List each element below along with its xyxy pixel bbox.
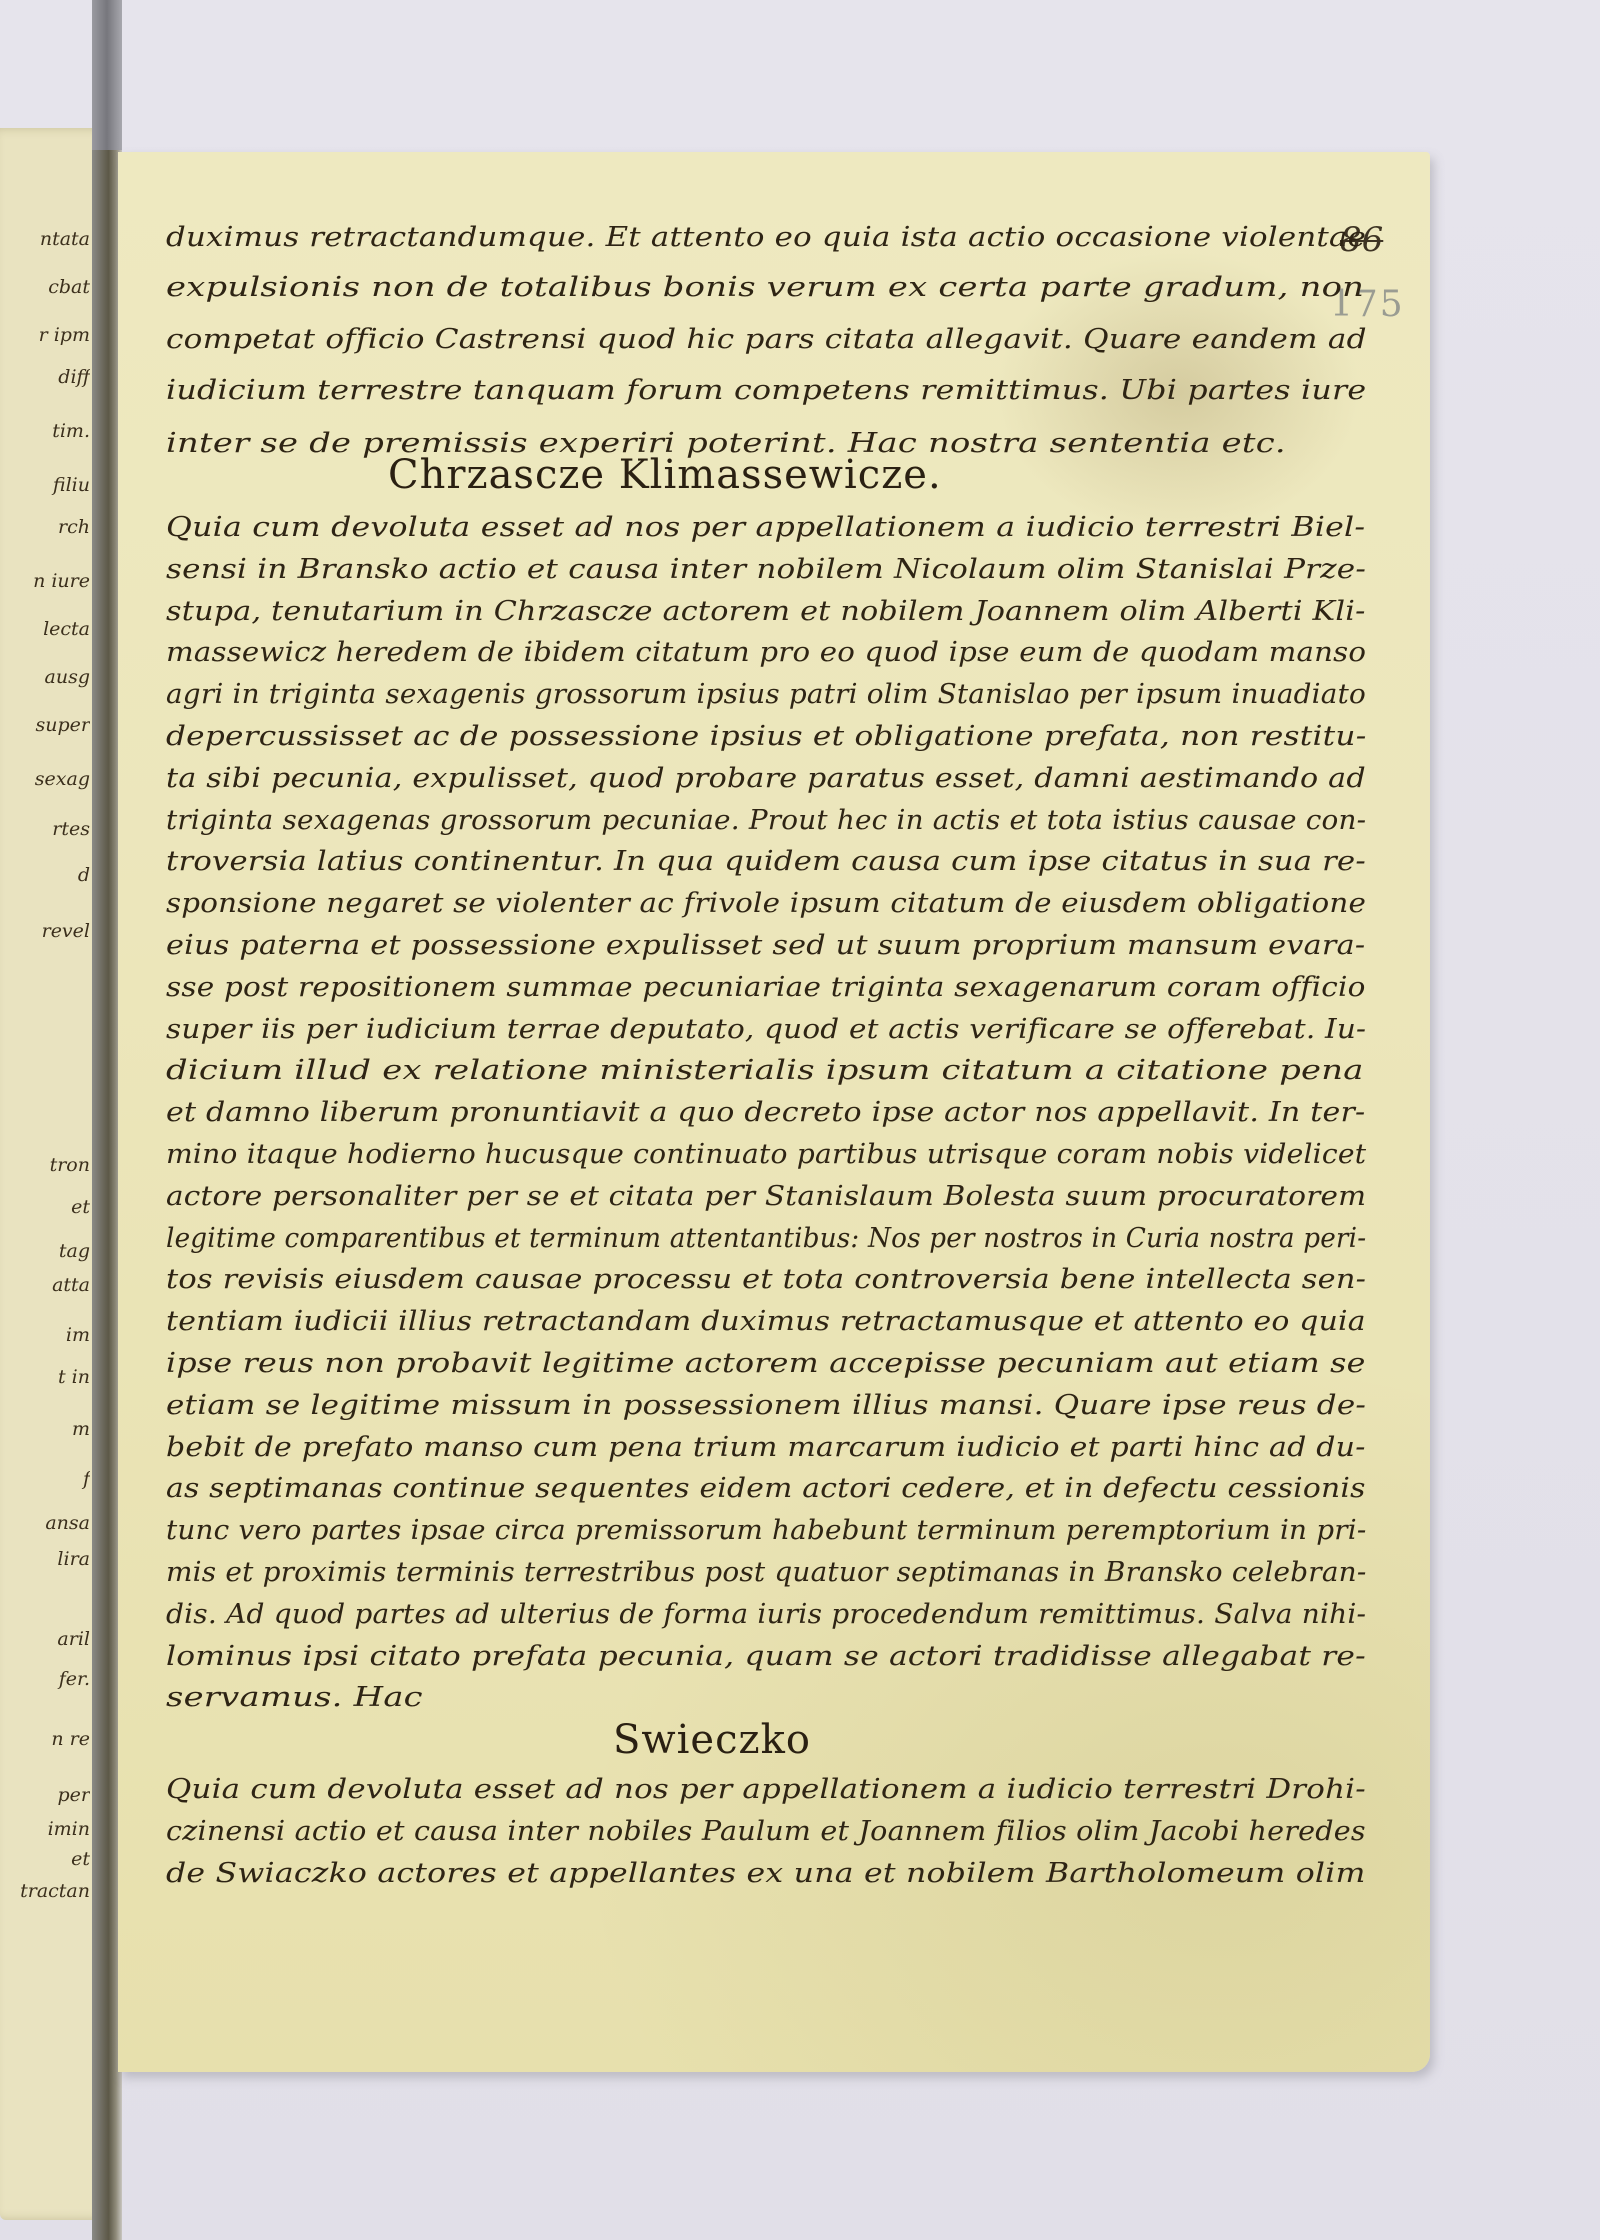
margin-fragment: lira <box>2 1548 90 1570</box>
text-line: legitime comparentibus et terminum atten… <box>166 1223 1366 1254</box>
text-line: sensi in Bransko actio et causa inter no… <box>166 554 1366 585</box>
margin-fragment: m <box>2 1418 90 1440</box>
margin-fragment: sexag <box>2 768 90 790</box>
text-line: servamus. Hac <box>166 1682 423 1713</box>
text-line: competat officio Castrensi quod hic pars… <box>166 324 1367 355</box>
text-line: ipse reus non probavit legitime actorem … <box>166 1348 1366 1379</box>
text-line: sse post repositionem summae pecuniariae… <box>166 972 1366 1003</box>
text-line: agri in triginta sexagenis grossorum ips… <box>166 679 1366 710</box>
margin-fragment: fer. <box>2 1668 90 1690</box>
margin-fragment: tron <box>2 1154 90 1176</box>
text-line: czinensi actio et causa inter nobiles Pa… <box>166 1816 1366 1847</box>
margin-fragment: n re <box>2 1728 90 1750</box>
margin-fragment: lecta <box>2 618 90 640</box>
text-line: expulsionis non de totalibus bonis verum… <box>166 272 1364 303</box>
margin-fragment: ntata <box>2 228 90 250</box>
book-gutter-top <box>92 0 122 150</box>
margin-fragment: per <box>2 1784 90 1806</box>
text-line: mino itaque hodierno hucusque continuato… <box>166 1139 1366 1170</box>
margin-fragment: f <box>2 1468 90 1490</box>
margin-fragment: t in <box>2 1366 90 1388</box>
margin-fragment: revel <box>2 920 90 942</box>
text-line: etiam se legitime missum in possessionem… <box>166 1390 1366 1421</box>
text-line: sponsione negaret se violenter ac frivol… <box>166 888 1366 919</box>
text-line: depercussisset ac de possessione ipsius … <box>166 721 1366 752</box>
text-line: tunc vero partes ipsae circa premissorum… <box>166 1515 1367 1546</box>
entry-heading-chrzascze: Chrzascze Klimassewicze. <box>388 452 942 498</box>
text-line: iudicium terrestre tanquam forum compete… <box>166 375 1366 406</box>
text-line: de Swiaczko actores et appellantes ex un… <box>166 1858 1366 1889</box>
manuscript-page: 86 175 duximus retractandumque. Et atten… <box>118 152 1430 2072</box>
margin-fragment: tractan <box>2 1880 90 1902</box>
margin-fragment: d <box>2 864 90 886</box>
margin-fragment: n iure <box>2 570 90 592</box>
text-line: et damno liberum pronuntiavit a quo decr… <box>166 1097 1365 1128</box>
text-line: eius paterna et possessione expulisset s… <box>166 930 1365 961</box>
text-line: tos revisis eiusdem causae processu et t… <box>166 1264 1366 1295</box>
text-line: Quia cum devoluta esset ad nos per appel… <box>166 512 1365 543</box>
text-line: triginta sexagenas grossorum pecuniae. P… <box>166 805 1366 836</box>
margin-fragment: et <box>2 1848 90 1870</box>
text-line: actore personaliter per se et citata per… <box>166 1181 1366 1212</box>
text-line: Quia cum devoluta esset ad nos per appel… <box>166 1774 1366 1805</box>
text-line: dis. Ad quod partes ad ulterius de forma… <box>166 1599 1366 1630</box>
margin-fragment: imin <box>2 1818 90 1840</box>
margin-fragment: r ipm <box>2 324 90 346</box>
margin-fragment: diff <box>2 366 90 388</box>
text-line: ta sibi pecunia, expulisset, quod probar… <box>166 763 1366 794</box>
text-line: bebit de prefato manso cum pena trium ma… <box>166 1432 1366 1463</box>
text-line: troversia latius continentur. In qua qui… <box>166 846 1366 877</box>
margin-fragment: im <box>2 1324 90 1346</box>
margin-fragment: atta <box>2 1274 90 1296</box>
entry-heading-swieczko: Swieczko <box>613 1717 811 1763</box>
text-line: tentiam iudicii illius retractandam duxi… <box>166 1306 1366 1337</box>
text-line: mis et proximis terminis terrestribus po… <box>166 1557 1366 1588</box>
margin-fragment: tag <box>2 1240 90 1262</box>
text-line: super iis per iudicium terrae deputato, … <box>166 1014 1366 1045</box>
margin-fragment: tim. <box>2 420 90 442</box>
margin-fragment: aril <box>2 1628 90 1650</box>
margin-fragment: cbat <box>2 276 90 298</box>
text-line: duximus retractandumque. Et attento eo q… <box>166 222 1366 253</box>
margin-fragment: ausg <box>2 666 90 688</box>
margin-fragment: super <box>2 714 90 736</box>
text-line: stupa, tenutarium in Chrzascze actorem e… <box>166 596 1366 627</box>
margin-fragment: filiu <box>2 474 90 496</box>
margin-fragment: rtes <box>2 818 90 840</box>
text-line: massewicz heredem de ibidem citatum pro … <box>166 637 1366 668</box>
margin-fragment: et <box>2 1196 90 1218</box>
margin-fragment: rch <box>2 516 90 538</box>
text-line: as septimanas continue sequentes eidem a… <box>166 1473 1366 1504</box>
text-line: lominus ipsi citato prefata pecunia, qua… <box>166 1641 1366 1672</box>
margin-fragment: ansa <box>2 1512 90 1534</box>
text-line: dicium illud ex relatione ministerialis … <box>166 1055 1364 1086</box>
